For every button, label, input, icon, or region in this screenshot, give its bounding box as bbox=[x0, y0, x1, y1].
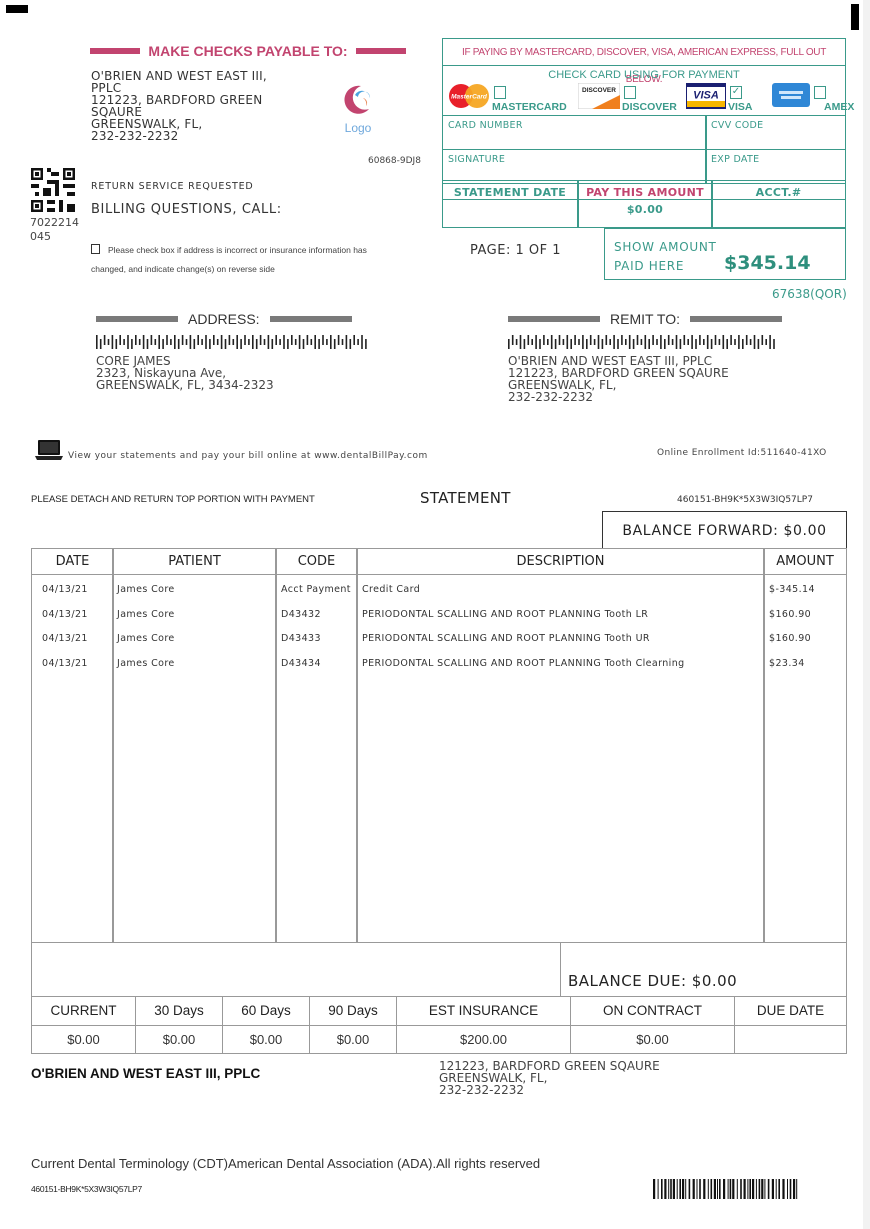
mastercard-logo-icon: MasterCard bbox=[448, 83, 490, 109]
payee-address: O'BRIEN AND WEST EAST III, PPLC 121223, … bbox=[91, 70, 331, 142]
qor-code: 67638(QOR) bbox=[772, 287, 847, 301]
svg-text:DISCOVER: DISCOVER bbox=[582, 87, 616, 94]
aging-column: ON CONTRACT$0.00 bbox=[571, 997, 735, 1053]
card-option-amex[interactable]: AMEX bbox=[772, 83, 854, 109]
table-row: 04/13/21James CoreD43433PERIODONTAL SCAL… bbox=[32, 627, 846, 651]
footer-statement-id: 460151-BH9K*5X3W3IQ57LP7 bbox=[31, 1184, 142, 1194]
copyright-notice: Current Dental Terminology (CDT)American… bbox=[31, 1156, 540, 1171]
footer-address: 121223, BARDFORD GREEN SQAURE GREENSWALK… bbox=[439, 1060, 660, 1096]
qr-code-icon bbox=[31, 168, 75, 212]
address-change-checkbox[interactable] bbox=[91, 244, 100, 254]
statement-date-cell: STATEMENT DATE bbox=[443, 181, 577, 227]
qr-number-line: 045 bbox=[30, 230, 79, 244]
aging-value: $0.00 bbox=[571, 1026, 734, 1054]
cell-code: Acct Payment bbox=[281, 584, 351, 595]
cvv-field[interactable]: CVV CODE bbox=[706, 116, 845, 149]
logo-swirl-icon bbox=[341, 83, 375, 117]
cell-amount: $-345.14 bbox=[769, 584, 815, 595]
cell-patient: James Core bbox=[117, 658, 175, 669]
pay-amount-value: $0.00 bbox=[578, 203, 712, 216]
address-change-text-2: changed, and indicate change(s) on rever… bbox=[91, 260, 421, 279]
card-instruction: IF PAYING BY MASTERCARD, DISCOVER, VISA,… bbox=[443, 39, 845, 66]
cell-description: Credit Card bbox=[362, 584, 420, 595]
aging-label: CURRENT bbox=[32, 997, 135, 1026]
show-amount-label-2: PAID HERE bbox=[614, 257, 717, 276]
footer-company-name: O'BRIEN AND WEST EAST III, PPLC bbox=[31, 1066, 260, 1081]
aging-label: 90 Days bbox=[310, 997, 396, 1026]
registration-mark-right bbox=[851, 4, 859, 30]
aging-value: $0.00 bbox=[32, 1026, 135, 1054]
payable-heading-text: MAKE CHECKS PAYABLE TO: bbox=[148, 43, 347, 59]
aging-column: DUE DATE bbox=[735, 997, 846, 1053]
recipient-address: CORE JAMES 2323, Niskayuna Ave, GREENSWA… bbox=[96, 355, 368, 391]
divider-bar bbox=[508, 316, 600, 322]
payee-phone: 232-232-2232 bbox=[91, 130, 331, 142]
qr-number: 7022214 045 bbox=[30, 216, 79, 244]
divider-bar bbox=[356, 48, 406, 54]
column-header-amount: AMOUNT bbox=[764, 549, 846, 575]
aging-label: EST INSURANCE bbox=[397, 997, 570, 1026]
barcode-icon bbox=[653, 1179, 799, 1199]
svg-text:VISA: VISA bbox=[693, 90, 719, 102]
aging-value: $200.00 bbox=[397, 1026, 570, 1054]
signature-row: SIGNATURE EXP DATE bbox=[443, 150, 845, 184]
amount-paid-value: $345.14 bbox=[724, 252, 811, 274]
address-block: ADDRESS: CORE JAMES 2323, Niskayuna Ave,… bbox=[96, 311, 368, 391]
mastercard-checkbox[interactable] bbox=[494, 86, 506, 99]
show-amount-paid-box[interactable]: SHOW AMOUNT PAID HERE $345.14 bbox=[604, 228, 846, 280]
amex-logo-icon bbox=[772, 83, 810, 109]
cell-patient: James Core bbox=[117, 584, 175, 595]
statement-date-label: STATEMENT DATE bbox=[443, 186, 577, 199]
divider-bar bbox=[90, 48, 140, 54]
table-row: 04/13/21James CoreD43434PERIODONTAL SCAL… bbox=[32, 652, 846, 676]
visa-label: VISA bbox=[728, 101, 753, 113]
page-indicator: PAGE: 1 OF 1 bbox=[470, 243, 561, 258]
exp-date-field[interactable]: EXP DATE bbox=[706, 150, 845, 183]
aging-column: 90 Days$0.00 bbox=[310, 997, 397, 1053]
registration-mark-left bbox=[6, 5, 28, 13]
cell-patient: James Core bbox=[117, 633, 175, 644]
card-number-field[interactable]: CARD NUMBER bbox=[443, 116, 705, 149]
aging-label: 60 Days bbox=[223, 997, 309, 1026]
aging-value: $0.00 bbox=[136, 1026, 222, 1054]
discover-logo-icon: DISCOVER bbox=[578, 83, 620, 109]
signature-field[interactable]: SIGNATURE bbox=[443, 150, 705, 183]
column-header-patient: PATIENT bbox=[113, 549, 276, 575]
column-header-description: DESCRIPTION bbox=[357, 549, 764, 575]
aging-value: $0.00 bbox=[223, 1026, 309, 1054]
address-change-note: Please check box if address is incorrect… bbox=[91, 241, 421, 279]
card-option-discover[interactable]: DISCOVER DISCOVER bbox=[578, 83, 677, 109]
cell-code: D43434 bbox=[281, 658, 321, 669]
aging-column: CURRENT$0.00 bbox=[32, 997, 136, 1053]
detach-instruction: PLEASE DETACH AND RETURN TOP PORTION WIT… bbox=[31, 494, 315, 505]
cell-amount: $23.34 bbox=[769, 658, 805, 669]
cell-description: PERIODONTAL SCALLING AND ROOT PLANNING T… bbox=[362, 658, 685, 669]
pay-amount-cell: PAY THIS AMOUNT $0.00 bbox=[578, 181, 712, 227]
signature-label: SIGNATURE bbox=[448, 154, 505, 165]
cell-date: 04/13/21 bbox=[42, 658, 88, 669]
enrollment-id: Online Enrollment Id:511640-41XO bbox=[657, 448, 827, 458]
account-number-label: ACCT.# bbox=[712, 186, 845, 199]
balance-area: BALANCE DUE: $0.00 bbox=[31, 942, 847, 997]
show-amount-label-1: SHOW AMOUNT bbox=[614, 238, 717, 257]
qr-number-line: 7022214 bbox=[30, 216, 79, 230]
statement-title: STATEMENT bbox=[420, 489, 511, 507]
address-heading: ADDRESS: bbox=[96, 311, 368, 327]
amex-checkbox[interactable] bbox=[814, 86, 826, 99]
remit-phone: 232-232-2232 bbox=[508, 391, 782, 403]
account-number-cell: ACCT.# bbox=[712, 181, 845, 227]
table-row: 04/13/21James CoreD43432PERIODONTAL SCAL… bbox=[32, 603, 846, 627]
cell-date: 04/13/21 bbox=[42, 584, 88, 595]
cvv-label: CVV CODE bbox=[711, 120, 763, 131]
column-header-date: DATE bbox=[32, 549, 113, 575]
cell-date: 04/13/21 bbox=[42, 609, 88, 620]
exp-date-label: EXP DATE bbox=[711, 154, 759, 165]
card-number-row: CARD NUMBER CVV CODE bbox=[443, 116, 845, 150]
divider-bar bbox=[96, 316, 178, 322]
visa-checkbox[interactable]: ✓ bbox=[730, 86, 742, 99]
amex-label: AMEX bbox=[824, 101, 854, 113]
card-type-row: CHECK CARD USING FOR PAYMENT MasterCard … bbox=[443, 66, 845, 116]
address-heading-text: ADDRESS: bbox=[188, 311, 260, 327]
online-pay-link[interactable]: View your statements and pay your bill o… bbox=[68, 451, 428, 461]
discover-label: DISCOVER bbox=[622, 101, 677, 113]
billing-questions-text: BILLING QUESTIONS, CALL: bbox=[91, 202, 282, 217]
payee-name: O'BRIEN AND WEST EAST III, bbox=[91, 70, 331, 82]
online-pay-notice: View your statements and pay your bill o… bbox=[34, 439, 428, 461]
aging-label: 30 Days bbox=[136, 997, 222, 1026]
statement-table: DATE PATIENT CODE DESCRIPTION AMOUNT 04/… bbox=[31, 548, 847, 943]
card-option-mastercard[interactable]: MasterCard MASTERCARD bbox=[448, 83, 567, 109]
mastercard-label: MASTERCARD bbox=[492, 101, 567, 113]
card-option-visa[interactable]: VISA ✓ VISA bbox=[686, 83, 753, 109]
balance-forward: BALANCE FORWARD: $0.00 bbox=[602, 511, 847, 549]
footer-phone: 232-232-2232 bbox=[439, 1084, 660, 1096]
card-payment-form: IF PAYING BY MASTERCARD, DISCOVER, VISA,… bbox=[442, 38, 846, 200]
aging-column: 30 Days$0.00 bbox=[136, 997, 223, 1053]
remit-block: REMIT TO: O'BRIEN AND WEST EAST III, PPL… bbox=[508, 311, 782, 403]
reference-code: 60868-9DJ8 bbox=[368, 156, 421, 166]
cell-code: D43433 bbox=[281, 633, 321, 644]
show-amount-label: SHOW AMOUNT PAID HERE bbox=[614, 238, 717, 276]
card-type-heading: CHECK CARD USING FOR PAYMENT bbox=[443, 69, 845, 81]
aging-table: CURRENT$0.0030 Days$0.0060 Days$0.0090 D… bbox=[31, 996, 847, 1054]
aging-column: EST INSURANCE$200.00 bbox=[397, 997, 571, 1053]
return-service-text: RETURN SERVICE REQUESTED bbox=[91, 181, 254, 192]
cell-description: PERIODONTAL SCALLING AND ROOT PLANNING T… bbox=[362, 633, 650, 644]
aging-label: DUE DATE bbox=[735, 997, 846, 1026]
column-header-code: CODE bbox=[276, 549, 357, 575]
payable-heading: MAKE CHECKS PAYABLE TO: bbox=[90, 42, 406, 60]
laptop-icon bbox=[34, 439, 64, 461]
statement-id: 460151-BH9K*5X3W3IQ57LP7 bbox=[677, 495, 813, 505]
aging-label: ON CONTRACT bbox=[571, 997, 734, 1026]
aging-value bbox=[735, 1026, 846, 1054]
svg-text:MasterCard: MasterCard bbox=[451, 94, 488, 101]
divider-bar bbox=[270, 316, 352, 322]
statement-summary: STATEMENT DATE PAY THIS AMOUNT $0.00 ACC… bbox=[442, 180, 846, 228]
page-edge bbox=[863, 0, 870, 1229]
balance-due: BALANCE DUE: $0.00 bbox=[560, 942, 846, 996]
cell-date: 04/13/21 bbox=[42, 633, 88, 644]
cell-amount: $160.90 bbox=[769, 609, 811, 620]
remit-address: O'BRIEN AND WEST EAST III, PPLC 121223, … bbox=[508, 355, 782, 403]
postal-barcode-icon bbox=[96, 335, 368, 349]
discover-checkbox[interactable] bbox=[624, 86, 636, 99]
cell-patient: James Core bbox=[117, 609, 175, 620]
visa-logo-icon: VISA bbox=[686, 83, 726, 109]
logo-text: Logo bbox=[333, 121, 383, 135]
aging-value: $0.00 bbox=[310, 1026, 396, 1054]
card-number-label: CARD NUMBER bbox=[448, 120, 523, 131]
address-change-text: Please check box if address is incorrect… bbox=[108, 245, 367, 255]
recipient-city: GREENSWALK, FL, 3434-2323 bbox=[96, 379, 368, 391]
remit-heading: REMIT TO: bbox=[508, 311, 782, 327]
cell-amount: $160.90 bbox=[769, 633, 811, 644]
remit-heading-text: REMIT TO: bbox=[610, 311, 680, 327]
divider-bar bbox=[690, 316, 782, 322]
company-logo: Logo bbox=[333, 83, 383, 133]
cell-description: PERIODONTAL SCALLING AND ROOT PLANNING T… bbox=[362, 609, 648, 620]
table-row: 04/13/21James CoreAcct PaymentCredit Car… bbox=[32, 578, 846, 602]
aging-column: 60 Days$0.00 bbox=[223, 997, 310, 1053]
postal-barcode-icon bbox=[508, 335, 778, 349]
cell-code: D43432 bbox=[281, 609, 321, 620]
pay-amount-label: PAY THIS AMOUNT bbox=[578, 186, 712, 199]
